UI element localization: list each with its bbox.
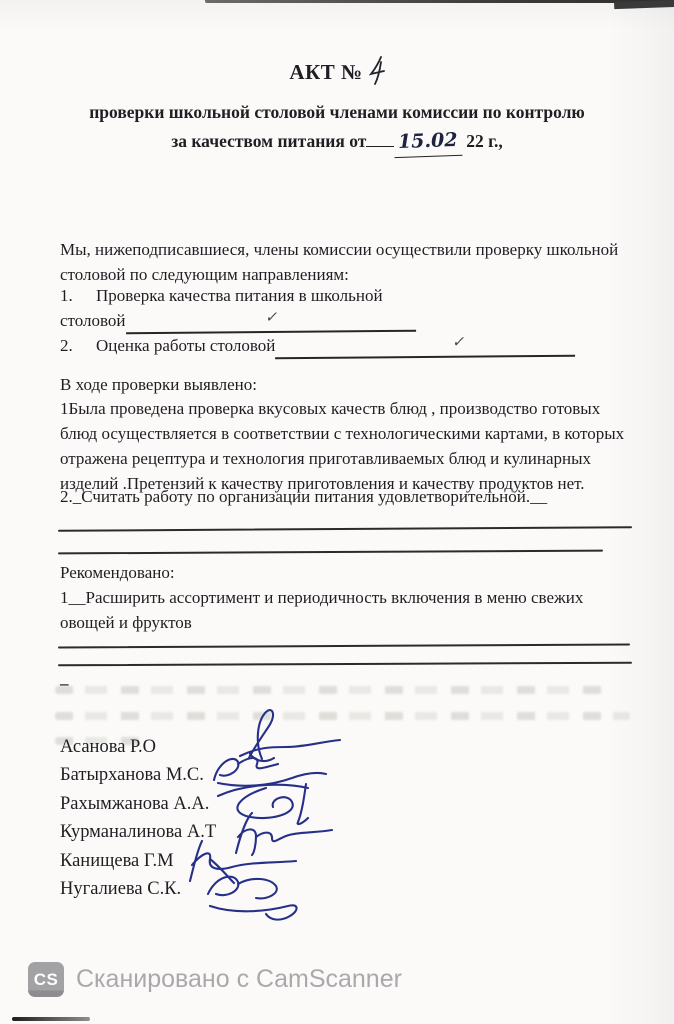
signer-name: Канищева Г.М xyxy=(60,851,255,872)
fill-in-line-1: ✓ xyxy=(125,310,415,335)
item2-text: Оценка работы столовой xyxy=(96,333,275,358)
scanned-document-page: АКТ № проверки школьной столовой членами… xyxy=(0,0,674,1024)
camscanner-watermark: CS Сканировано с CamScanner xyxy=(28,962,402,997)
intro-paragraph: Мы, нижеподписавшиеся, члены комиссии ос… xyxy=(60,237,620,287)
fill-in-line-2: ✓ xyxy=(275,335,575,360)
findings-paragraph-2: 2._Считать работу по организации питания… xyxy=(60,484,638,509)
document-subtitle: проверки школьной столовой членами комис… xyxy=(0,98,674,157)
signer-name: Рахымжанова А.А. xyxy=(60,794,255,815)
camscanner-watermark-text: Сканировано с CamScanner xyxy=(76,965,402,994)
handwritten-act-number xyxy=(369,55,385,91)
signatures-block: Асанова Р.О Батырханова М.С. Рахымжанова… xyxy=(60,733,460,904)
ruled-line-3 xyxy=(58,644,630,649)
signature-row: Курманалинова А.Т xyxy=(60,819,460,848)
list-item-2: 2.Оценка работы столовой ✓ xyxy=(60,333,640,358)
subtitle-line2: за качеством питания от15.02 22 г., xyxy=(0,127,674,157)
date-blank-line xyxy=(366,130,394,147)
bleed-through-text xyxy=(55,712,630,732)
handwritten-date: 15.02 xyxy=(394,126,463,158)
findings-paragraph-1: 1Была проведена проверка вкусовых качест… xyxy=(60,396,638,496)
item2-number: 2. xyxy=(60,333,96,358)
item1-text: Проверка качества питания в школьной xyxy=(96,286,383,305)
ruled-line-1 xyxy=(58,526,632,532)
scan-edge-artifact xyxy=(205,0,674,3)
signer-name: Нугалиева С.К. xyxy=(60,879,255,900)
signature-row: Асанова Р.О xyxy=(60,733,460,762)
scan-corner-artifact xyxy=(614,0,674,9)
document-title: АКТ № xyxy=(0,55,674,91)
title-prefix: АКТ № xyxy=(289,60,362,84)
signature-row: Батырханова М.С. xyxy=(60,762,460,791)
signer-name: Батырханова М.С. xyxy=(60,765,255,786)
list-item-1: 1.Проверка качества питания в школьной xyxy=(60,283,620,308)
subtitle-line2-prefix: за качеством питания от xyxy=(171,131,366,151)
signature-row: Канищева Г.М xyxy=(60,847,460,876)
subtitle-line1: проверки школьной столовой членами комис… xyxy=(0,98,674,127)
signer-name: Асанова Р.О xyxy=(60,737,255,758)
signature-row: Рахымжанова А.А. xyxy=(60,790,460,819)
ruled-line-2 xyxy=(58,550,603,555)
checkmark-icon: ✓ xyxy=(451,330,469,355)
subtitle-line2-suffix: 22 г., xyxy=(466,131,503,151)
scan-edge-artifact xyxy=(12,1017,90,1021)
recommendation-1: 1__Расширить ассортимент и периодичность… xyxy=(60,585,632,635)
item1-number: 1. xyxy=(60,283,96,308)
recommended-heading: Рекомендовано: xyxy=(60,560,620,585)
bleed-through-text xyxy=(55,686,610,706)
signature-row: Нугалиева С.К. xyxy=(60,876,460,905)
findings-heading: В ходе проверки выявлено: xyxy=(60,372,620,397)
signer-name: Курманалинова А.Т xyxy=(60,822,255,843)
item1-cont-text: столовой xyxy=(60,308,126,333)
ruled-line-4 xyxy=(58,662,632,667)
checkmark-icon: ✓ xyxy=(263,305,281,330)
list-item-1-continuation: столовой ✓ xyxy=(60,308,620,333)
camscanner-logo-icon: CS xyxy=(28,962,64,997)
